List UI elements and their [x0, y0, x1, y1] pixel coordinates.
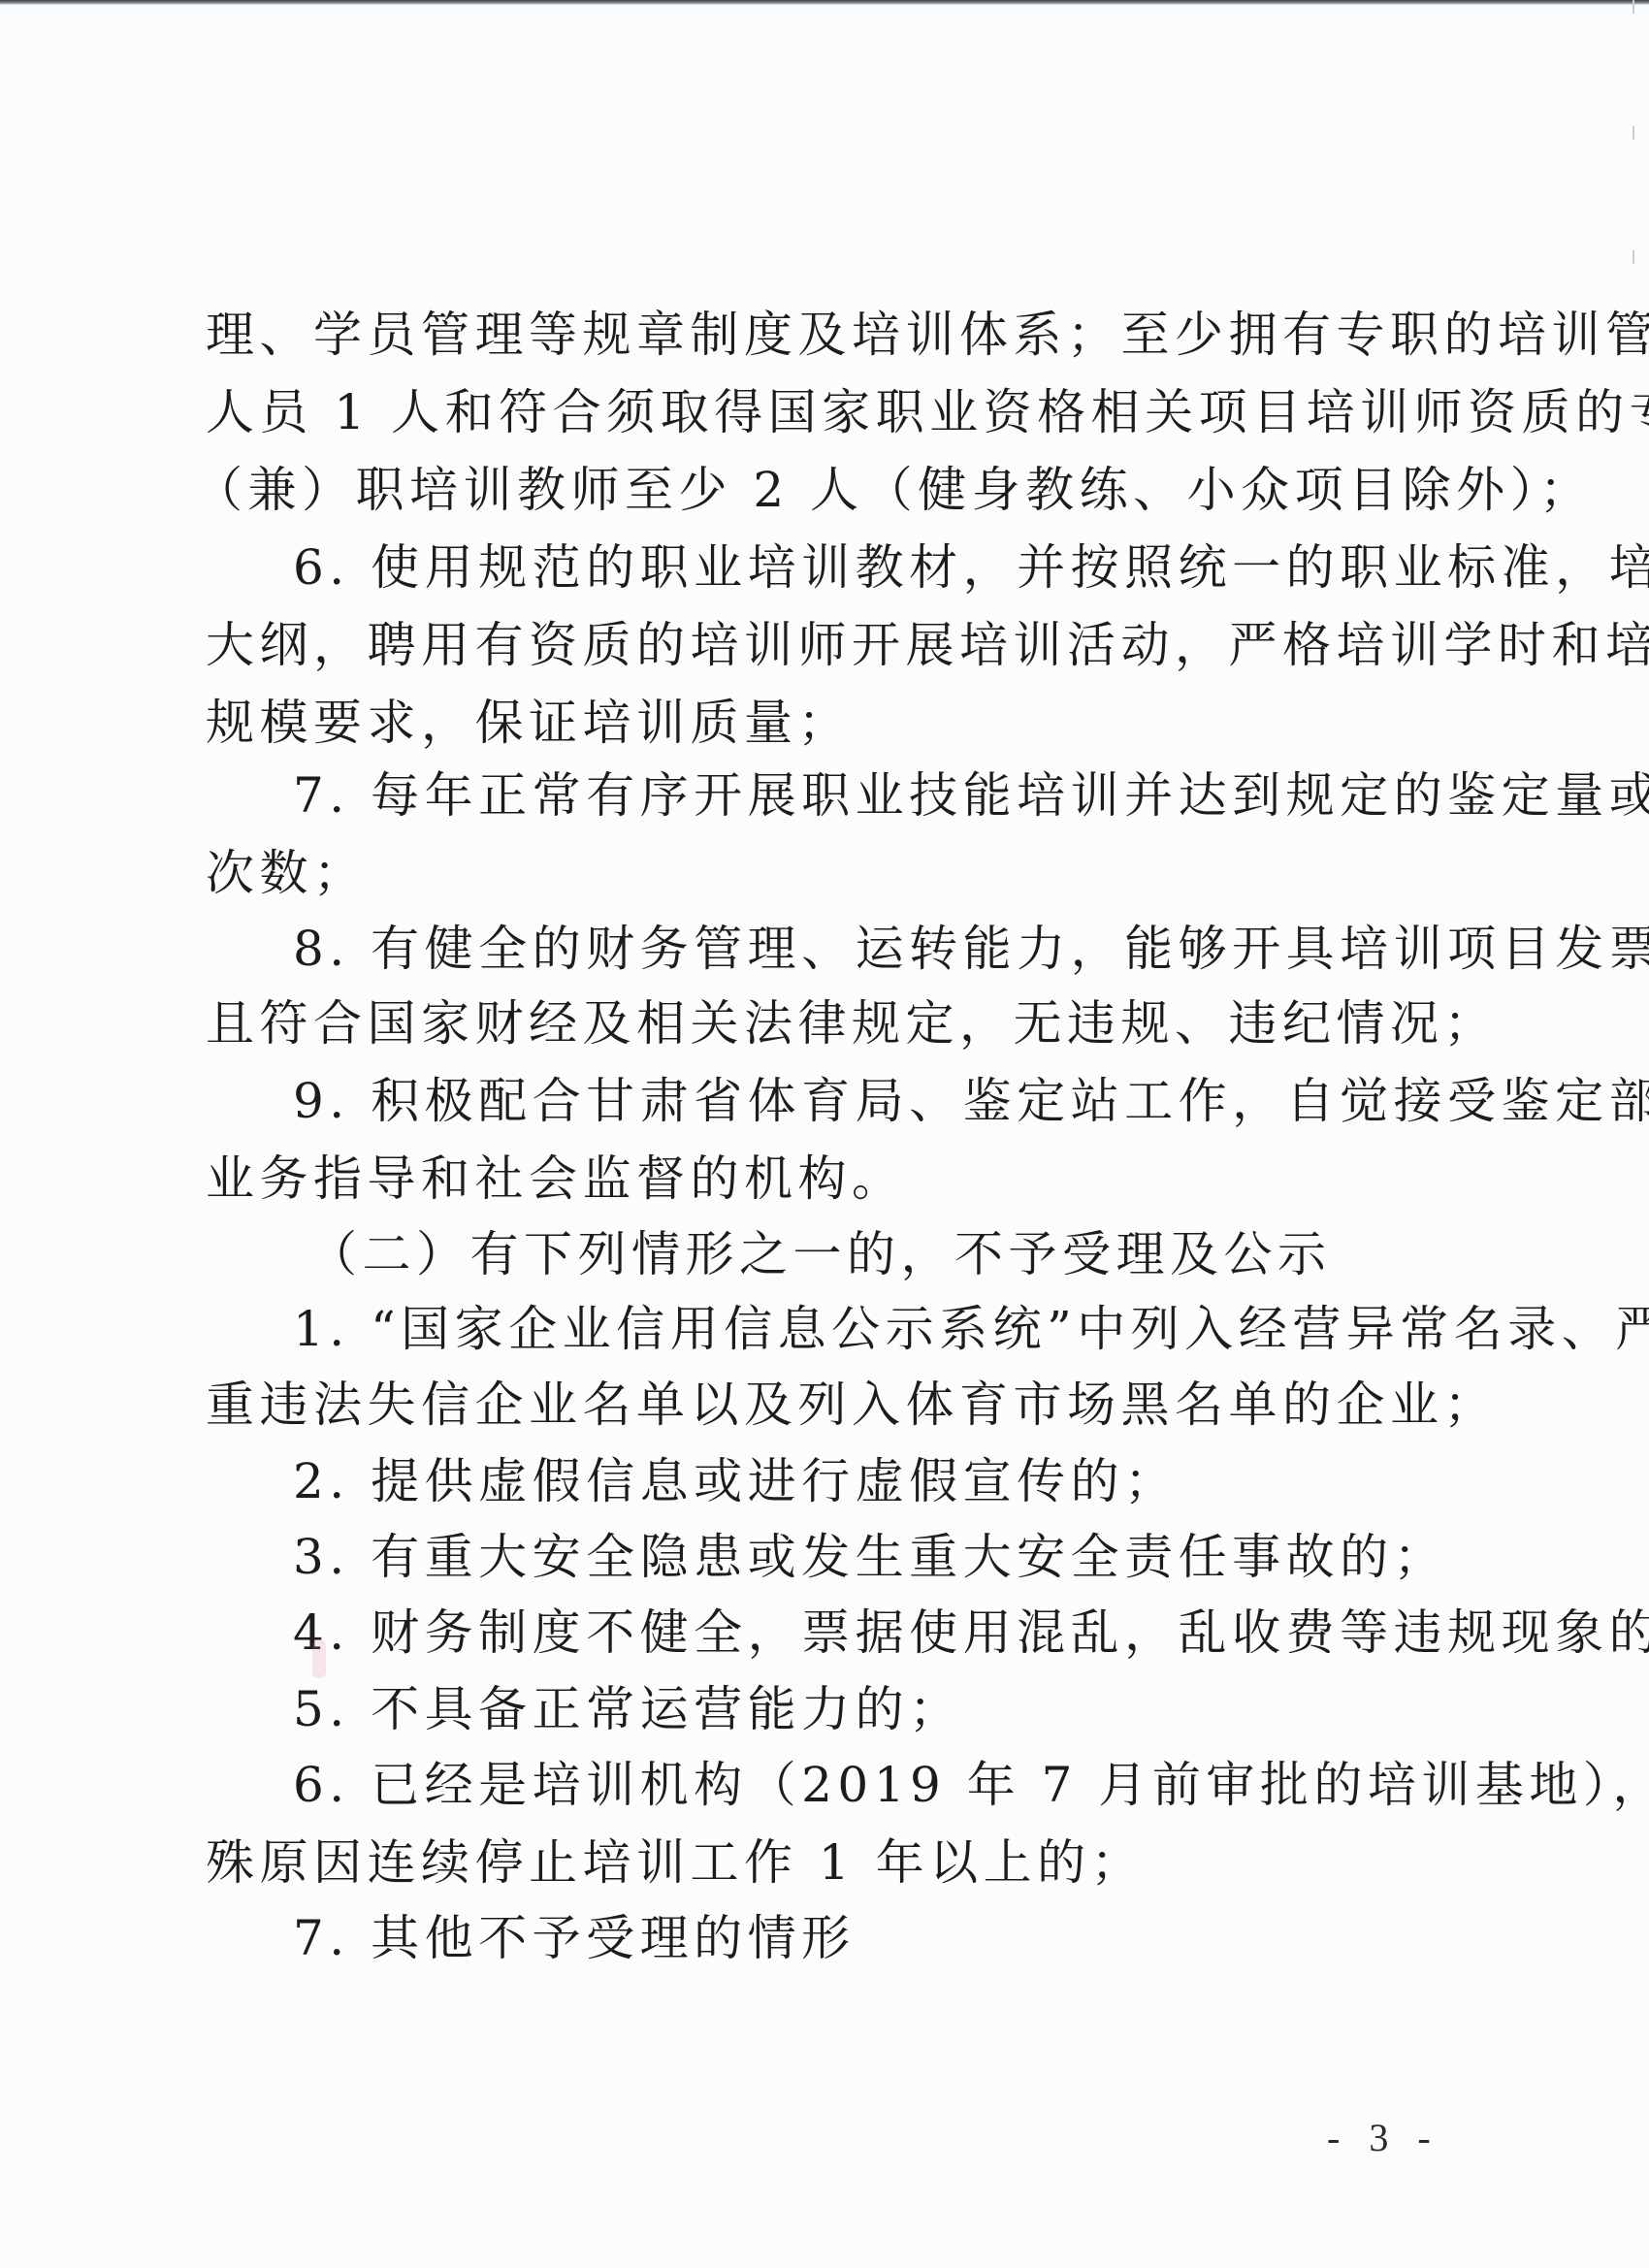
exclusion-item-7: 7. 其他不予受理的情形	[293, 1909, 1408, 1967]
list-item-7-line-2: 次数；	[206, 844, 1408, 902]
exclusion-item-1-line-2: 重违法失信企业名单以及列入体育市场黑名单的企业；	[206, 1376, 1408, 1434]
list-item-8-line-2: 且符合国家财经及相关法律规定，无违规、违纪情况；	[206, 994, 1408, 1053]
section-heading-2: （二）有下列情形之一的，不予受理及公示	[308, 1225, 1511, 1283]
document-page: 理、学员管理等规章制度及培训体系；至少拥有专职的培训管理 人员 1 人和符合须取…	[0, 0, 1649, 2268]
list-item-8-line-1: 8. 有健全的财务管理、运转能力，能够开具培训项目发票，	[293, 920, 1408, 978]
list-item-6-line-3: 规模要求，保证培训质量；	[206, 694, 1408, 752]
exclusion-item-1-line-1: 1. “国家企业信用信息公示系统”中列入经营异常名录、严	[293, 1300, 1408, 1358]
body-line-1: 理、学员管理等规章制度及培训体系；至少拥有专职的培训管理	[206, 306, 1408, 364]
list-item-6-line-2: 大纲，聘用有资质的培训师开展培训活动，严格培训学时和培训	[206, 616, 1408, 674]
exclusion-item-5: 5. 不具备正常运营能力的；	[293, 1680, 1408, 1738]
stamp-residue	[312, 1639, 326, 1678]
list-item-9-line-2: 业务指导和社会监督的机构。	[206, 1150, 1408, 1208]
exclusion-item-3: 3. 有重大安全隐患或发生重大安全责任事故的；	[293, 1528, 1408, 1586]
list-item-9-line-1: 9. 积极配合甘肃省体育局、鉴定站工作，自觉接受鉴定部门	[293, 1072, 1408, 1130]
exclusion-item-4: 4. 财务制度不健全，票据使用混乱，乱收费等违规现象的；	[293, 1604, 1399, 1662]
margin-speck	[1633, 0, 1634, 14]
list-item-6-line-1: 6. 使用规范的职业培训教材，并按照统一的职业标准，培训	[293, 538, 1408, 597]
margin-speck	[1633, 126, 1634, 140]
exclusion-item-6-line-1: 6. 已经是培训机构（2019 年 7 月前审批的培训基地），无特	[293, 1756, 1418, 1814]
list-item-7-line-1: 7. 每年正常有序开展职业技能培训并达到规定的鉴定量或	[293, 766, 1408, 825]
exclusion-item-6-line-2: 殊原因连续停止培训工作 1 年以上的；	[206, 1833, 1408, 1892]
page-number: - 3 -	[1327, 2115, 1440, 2160]
margin-speck	[1633, 250, 1634, 264]
exclusion-item-2: 2. 提供虚假信息或进行虚假宣传的；	[293, 1452, 1408, 1510]
body-line-2: 人员 1 人和符合须取得国家职业资格相关项目培训师资质的专	[206, 383, 1408, 441]
body-line-3: （兼）职培训教师至少 2 人（健身教练、小众项目除外）；	[194, 461, 1397, 519]
